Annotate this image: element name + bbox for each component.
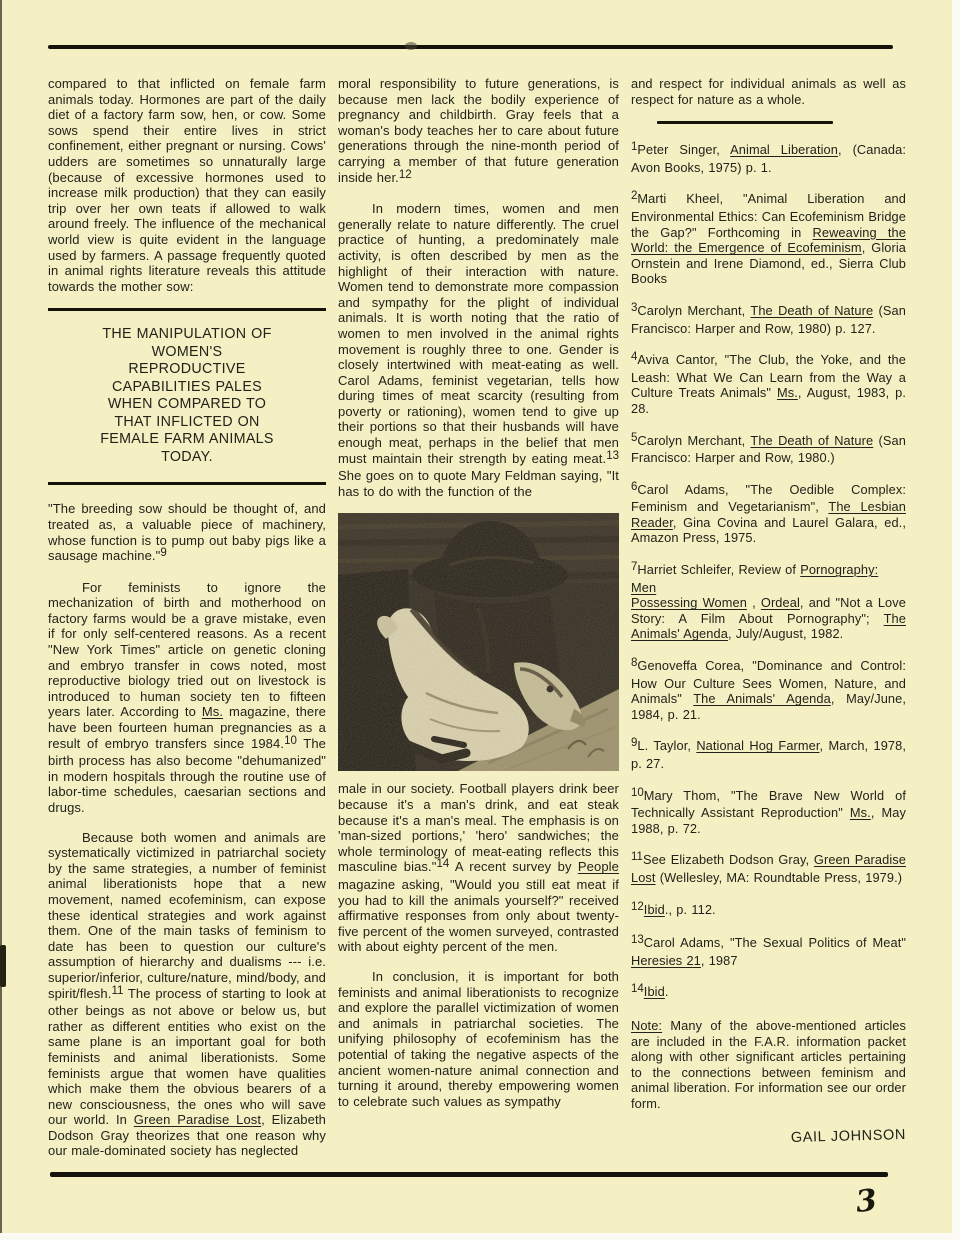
footnote-7: 7Harriet Schleifer, Review of Pornograph… [631,562,906,642]
top-rule [48,45,893,49]
footnote-9: 9L. Taylor, National Hog Farmer, March, … [631,738,906,771]
scan-edge-blob [0,945,6,987]
footnote-4: 4Aviva Cantor, "The Club, the Yoke, and … [631,352,906,416]
body-paragraph: In conclusion, it is important for both … [338,969,619,1109]
horse-illustration [338,513,619,771]
footnote-6: 6Carol Adams, "The Oedible Complex: Femi… [631,482,906,546]
footnote-5: 5Carolyn Merchant, The Death of Nature (… [631,433,906,466]
footnote-separator-rule [657,121,833,124]
scanned-newsletter-page: compared to that inflicted on female far… [0,0,960,1240]
body-paragraph: compared to that inflicted on female far… [48,76,326,294]
footnote-2: 2Marti Kheel, "Animal Liberation and Env… [631,191,906,287]
footnote-12: 12Ibid., p. 112. [631,902,906,920]
footnote-8: 8Genoveffa Corea, "Dominance and Control… [631,658,906,722]
footnote-14: 14Ibid. [631,984,906,1002]
body-paragraph: For feminists to ignore the mechanizatio… [48,580,326,816]
footnote-1: 1Peter Singer, Animal Liberation, (Canad… [631,142,906,175]
bottom-rule [50,1172,888,1177]
footnote-13: 13Carol Adams, "The Sexual Politics of M… [631,935,906,968]
pull-quote: THE MANIPULATION OF WOMEN'S REPRODUCTIVE… [48,308,326,485]
body-paragraph: In modern times, women and men generally… [338,201,619,499]
right-column: and respect for individual animals as we… [631,76,906,1143]
body-paragraph: moral responsibility to future generatio… [338,76,619,187]
body-paragraph: Because both women and animals are syste… [48,830,326,1159]
block-quote: "The breeding sow should be thought of, … [48,501,326,565]
footnote-10: 10Mary Thom, "The Brave New World of Tec… [631,788,906,837]
scan-edge-artifact [0,0,2,1233]
footnote-11: 11See Elizabeth Dodson Gray, Green Parad… [631,852,906,885]
body-paragraph: and respect for individual animals as we… [631,76,906,107]
page-number: 3 [854,1183,878,1220]
left-column: compared to that inflicted on female far… [48,76,326,1173]
body-paragraph: male in our society. Football players dr… [338,781,619,955]
scan-bottom-edge [0,1233,960,1240]
scan-right-edge [952,0,960,1240]
ink-smudge [405,42,417,50]
editor-note: Note: Many of the above-mentioned articl… [631,1018,906,1112]
footnote-3: 3Carolyn Merchant, The Death of Nature (… [631,303,906,336]
middle-column: moral responsibility to future generatio… [338,76,619,1123]
